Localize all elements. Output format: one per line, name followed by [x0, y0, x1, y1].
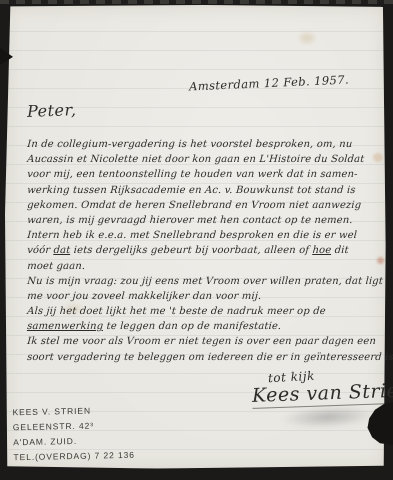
scanner-bed-edge: [0, 0, 393, 4]
letter-line: me voor jou zoveel makkelijker dan voor …: [26, 291, 377, 306]
paper-stain: [377, 257, 384, 264]
letter-line: werking tussen Rijksacademie en Ac. v. B…: [26, 185, 377, 200]
letter-body: In de collegium-vergadering is het voors…: [27, 139, 377, 367]
letter-line: voor mij, een tentoonstelling te houden …: [26, 169, 377, 184]
sender-address-line: TEL.(OVERDAG) 7 22 136: [13, 448, 135, 466]
letter-line: Nu is mijn vraag: zou jij eens met Vroom…: [26, 276, 377, 291]
letter-line: gekomen. Omdat de heren Snellebrand en V…: [26, 200, 377, 215]
letter-line: vóór dat iets dergelijks gebeurt bij voo…: [26, 245, 377, 260]
letter-line: waren, is mij gevraagd hierover met hen …: [26, 215, 377, 230]
sender-address-block: KEES V. STRIENGELEENSTR. 42³A'DAM. ZUID.…: [12, 403, 135, 466]
letter-line: moet gaan.: [26, 261, 377, 276]
paper-stain: [300, 33, 314, 43]
scanned-letter: Amsterdam 12 Feb. 1957. Peter, In de col…: [0, 0, 393, 480]
letter-line: Intern heb ik e.e.a. met Snellebrand bes…: [26, 230, 377, 245]
letter-line: Als jij het doet lijkt het me 't beste d…: [26, 306, 377, 321]
letter-line: soort vergadering te beleggen om iederee…: [26, 352, 377, 367]
letter-line: Aucassin et Nicolette niet door kon gaan…: [26, 154, 377, 169]
letter-line: samenwerking te leggen dan op de manifes…: [26, 321, 377, 336]
letter-line: Ik stel me voor als Vroom er niet tegen …: [26, 336, 377, 351]
letter-line: In de collegium-vergadering is het voors…: [26, 139, 377, 154]
letter-salutation: Peter,: [27, 100, 77, 121]
